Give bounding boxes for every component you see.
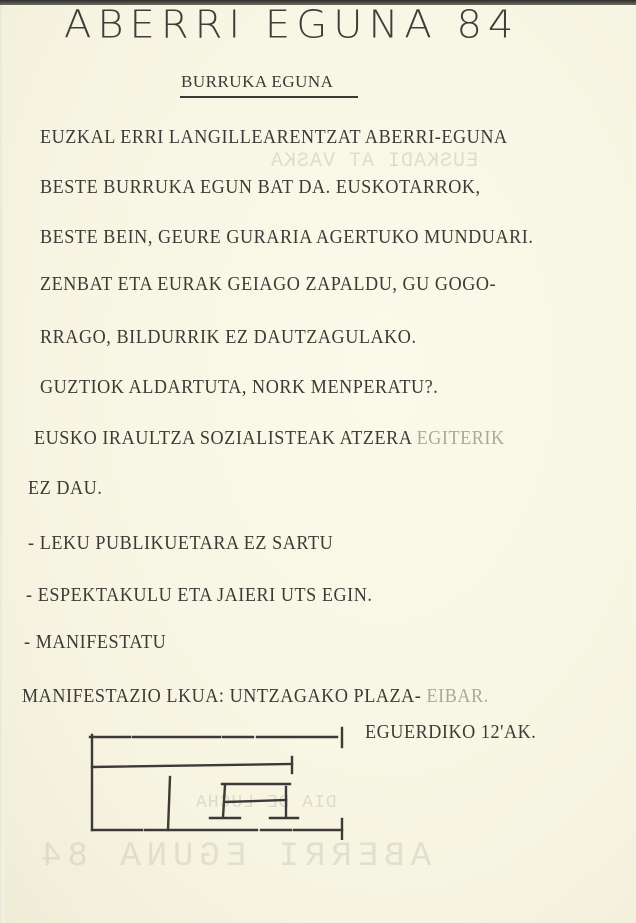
- time-line: EGUERDIKO 12'AK.: [365, 722, 536, 744]
- document-subtitle: BURRUKA EGUNA: [181, 72, 333, 92]
- faded-word: EGITERIK: [417, 428, 505, 449]
- paragraph-line: EUZKAL ERRI LANGILLEARENTZAT ABERRI-EGUN…: [40, 127, 508, 149]
- list-item: - MANIFESTATU: [24, 632, 166, 654]
- paragraph-line: ZENBAT ETA EURAK GEIAGO ZAPALDU, GU GOGO…: [40, 274, 496, 296]
- paragraph-line: GUZTIOK ALDARTUTA, NORK MENPERATU?.: [40, 377, 438, 399]
- location-text: MANIFESTAZIO LKUA: UNTZAGAKO PLAZA-: [22, 686, 421, 707]
- list-item: - LEKU PUBLIKUETARA EZ SARTU: [28, 533, 333, 555]
- location-city: EIBAR.: [426, 686, 488, 707]
- location-line: MANIFESTAZIO LKUA: UNTZAGAKO PLAZA- EIBA…: [22, 686, 489, 708]
- list-item: - ESPEKTAKULU ETA JAIERI UTS EGIN.: [26, 585, 373, 607]
- subtitle-underline: [180, 96, 358, 98]
- paragraph-line: EZ DAU.: [28, 478, 102, 500]
- plaza-map-diagram: [80, 725, 355, 840]
- paragraph-line: BESTE BURRUKA EGUN BAT DA. EUSKOTARROK,: [40, 177, 481, 199]
- paragraph-line: RRAGO, BILDURRIK EZ DAUTZAGULAKO.: [40, 327, 417, 349]
- paragraph-text: EUSKO IRAULTZA SOZIALISTEAK ATZERA: [34, 428, 411, 449]
- bleed-through-text: EUSKADI AT VASKA: [270, 150, 478, 173]
- document-heading: ABERRI EGUNA 84: [64, 3, 519, 47]
- bleed-through-text: ABERRI EGUNA 84: [35, 838, 431, 876]
- paragraph-line: EUSKO IRAULTZA SOZIALISTEAK ATZERA EGITE…: [34, 428, 505, 450]
- scan-left-edge: [0, 5, 4, 923]
- paragraph-line: BESTE BEIN, GEURE GURARIA AGERTUKO MUNDU…: [40, 227, 533, 249]
